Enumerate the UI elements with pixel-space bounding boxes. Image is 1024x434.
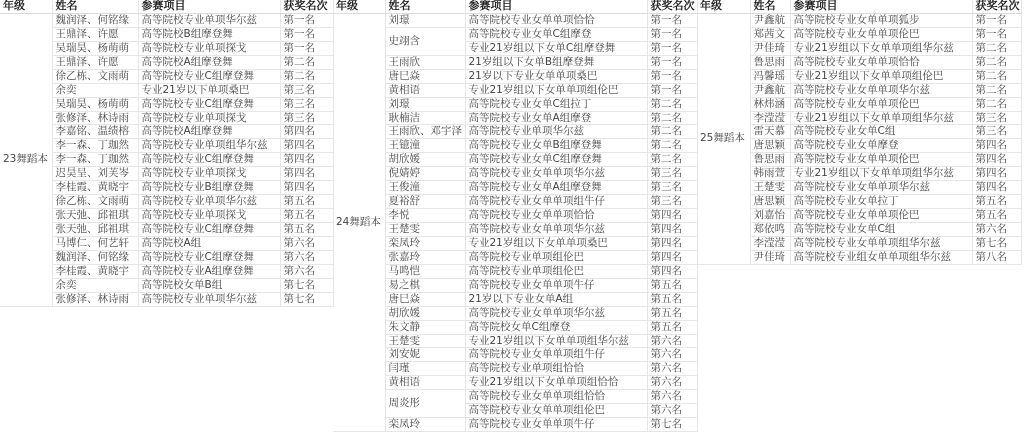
name-cell: 黄相语 (385, 83, 465, 97)
name-cell: 林炜涵 (750, 97, 790, 111)
header-row: 年级 姓名 参赛项目 获奖名次 (0, 0, 333, 13)
table-row: 王楚雯高等院校专业女单单项华尔兹第四名 (333, 223, 697, 237)
rank-cell: 第五名 (972, 209, 1021, 223)
rank-cell: 第一名 (647, 69, 697, 83)
rank-cell: 第七名 (280, 292, 333, 306)
name-cell: 冯馨瑶 (750, 69, 790, 83)
rank-cell: 第二名 (647, 97, 697, 111)
name-cell: 张天弛、邱祖琪 (52, 209, 138, 223)
table-row: 倪婧婷高等院校专业女单单项华尔兹第三名 (333, 167, 697, 181)
rank-cell: 第七名 (647, 418, 697, 432)
rank-cell: 第五名 (972, 195, 1021, 209)
table-row: 周炎彤高等院校专业女单单项组恰恰第六名 (333, 390, 697, 404)
rank-cell: 第四名 (972, 181, 1021, 195)
rank-cell: 第三名 (647, 195, 697, 209)
header-grade: 年级 (697, 0, 750, 13)
header-rank: 获奖名次 (972, 0, 1021, 13)
event-cell: 高等院校专业女单C组摩登舞 (465, 153, 647, 167)
event-cell: 21岁以下专业女单A组 (465, 292, 647, 306)
name-cell: 易之棋 (385, 278, 465, 292)
rank-cell: 第五名 (280, 195, 333, 209)
event-cell: 高等院校专业C组摩登舞 (138, 97, 280, 111)
rank-cell: 第三名 (972, 125, 1021, 139)
name-cell: 尹鑫航 (750, 13, 790, 27)
rank-cell: 第六名 (280, 264, 333, 278)
event-cell: 高等院校专业女单A组摩登舞 (465, 181, 647, 195)
rank-cell: 第六名 (647, 362, 697, 376)
name-cell: 周炎彤 (385, 390, 465, 418)
rank-cell: 第二名 (647, 139, 697, 153)
event-cell: 专业21岁组以下女单单项组伦巴 (465, 83, 647, 97)
name-cell: 李一森、丁珈然 (52, 139, 138, 153)
rank-cell: 第三名 (647, 167, 697, 181)
name-cell: 栾凤玲 (385, 418, 465, 432)
event-cell: 专业21岁组以下女单单项组伦巴 (790, 69, 972, 83)
event-cell: 专业21岁组以下女单C组摩登舞 (465, 41, 647, 55)
header-row: 年级 姓名 参赛项目 获奖名次 (333, 0, 697, 13)
header-rank: 获奖名次 (647, 0, 697, 13)
rank-cell: 第二名 (972, 83, 1021, 97)
name-cell: 刘璟 (385, 13, 465, 27)
rank-cell: 第一名 (647, 55, 697, 69)
name-cell: 王楚雯 (385, 334, 465, 348)
event-cell: 高等院校专业女单单项组牛仔 (465, 348, 647, 362)
table-row: 王楚雯专业21岁组以下女单单项组华尔兹第六名 (333, 334, 697, 348)
grade-cell: 25舞蹈本 (697, 13, 750, 264)
name-cell: 吴瑞昊、杨萌萌 (52, 41, 138, 55)
event-cell: 高等院校专业女单单项伦巴 (790, 97, 972, 111)
event-cell: 专业21岁组以下女单单项桑巴 (465, 236, 647, 250)
event-cell: 高等院校专业女单B组摩登舞 (465, 139, 647, 153)
rank-cell: 第五名 (647, 306, 697, 320)
event-cell: 高等院校专业单项探戈 (138, 167, 280, 181)
rank-cell: 第七名 (280, 278, 333, 292)
event-cell: 高等院校A组摩登舞 (138, 55, 280, 69)
rank-cell: 第二名 (280, 69, 333, 83)
table-row: 王雨欣、邓宇泽高等院校专业单项华尔兹第二名 (333, 125, 697, 139)
event-cell: 高等院校专业女单单项伦巴 (790, 209, 972, 223)
event-cell: 高等院校专业女单单项华尔兹 (790, 181, 972, 195)
rank-cell: 第四名 (280, 167, 333, 181)
event-cell: 高等院校专业女单C组 (790, 125, 972, 139)
rank-cell: 第二名 (647, 153, 697, 167)
grade-cell: 23舞蹈本 (0, 13, 52, 306)
name-cell: 黄相语 (385, 376, 465, 390)
name-cell: 胡欣媛 (385, 306, 465, 320)
name-cell: 李桂霞、黄晓宇 (52, 264, 138, 278)
name-cell: 夏裕舒 (385, 195, 465, 209)
event-cell: 高等院校专业单项探戈 (138, 41, 280, 55)
rank-cell: 第四名 (280, 181, 333, 195)
event-cell: 高等院校专业单项组伦巴 (465, 250, 647, 264)
event-cell: 高等院校专业女单单项华尔兹 (465, 167, 647, 181)
rank-cell: 第二名 (972, 69, 1021, 83)
table-row: 刘安妮高等院校专业女单单项组牛仔第六名 (333, 348, 697, 362)
event-cell: 高等院校专业单项华尔兹 (138, 13, 280, 27)
event-cell: 高等院校专业组女单单项组华尔兹 (790, 250, 972, 264)
name-cell: 王楚雯 (385, 223, 465, 237)
event-cell: 高等院校专业女单C组拉丁 (465, 97, 647, 111)
rank-cell: 第一名 (647, 83, 697, 97)
name-cell: 余奕 (52, 83, 138, 97)
header-grade: 年级 (333, 0, 385, 13)
event-cell: 高等院校专业单项组伦巴 (465, 264, 647, 278)
name-cell: 韩雨萱 (750, 167, 790, 181)
rank-cell: 第六名 (972, 223, 1021, 237)
table-row: 栾凤玲专业21岁组以下女单单项桑巴第四名 (333, 236, 697, 250)
rank-cell: 第六名 (647, 334, 697, 348)
event-cell: 高等院校专业女单摩登 (790, 139, 972, 153)
name-cell: 徐乙栋、文雨萌 (52, 195, 138, 209)
event-cell: 高等院校专业B组摩登舞 (138, 181, 280, 195)
rank-cell: 第一名 (647, 41, 697, 55)
event-cell: 高等院校专业女单单项伦巴 (790, 27, 972, 41)
event-cell: 高等院校专业单项华尔兹 (465, 125, 647, 139)
name-cell: 刘安妮 (385, 348, 465, 362)
name-cell: 郑茜文 (750, 27, 790, 41)
table-row: 李悦高等院校专业女单单项恰恰第四名 (333, 209, 697, 223)
rank-cell: 第一名 (647, 27, 697, 41)
name-cell: 闫瑾 (385, 362, 465, 376)
rank-cell: 第二名 (972, 41, 1021, 55)
rank-cell: 第五名 (280, 223, 333, 237)
event-cell: 高等院校专业单项探戈 (138, 111, 280, 125)
event-cell: 高等院校专业女单单项狐步 (790, 13, 972, 27)
event-cell: 高等院校专业女单单项组恰恰 (465, 390, 647, 404)
rank-cell: 第六名 (647, 390, 697, 404)
name-cell: 雷天慕 (750, 125, 790, 139)
name-cell: 郑依鸣 (750, 223, 790, 237)
grade-cell: 24舞蹈本 (333, 13, 385, 431)
table-row: 24舞蹈本刘璟高等院校专业女单单项恰恰第一名 (333, 13, 697, 27)
name-cell: 王鼎泽、许愿 (52, 27, 138, 41)
awards-table-24: 年级 姓名 参赛项目 获奖名次 24舞蹈本刘璟高等院校专业女单单项恰恰第一名史翊… (333, 0, 698, 432)
name-cell: 栾凤玲 (385, 236, 465, 250)
rank-cell: 第四名 (280, 153, 333, 167)
rank-cell: 第四名 (972, 153, 1021, 167)
event-cell: 高等院校专业单项组恰恰 (465, 362, 647, 376)
event-cell: 高等院校专业单项组华尔兹 (138, 139, 280, 153)
rank-cell: 第六名 (280, 250, 333, 264)
event-cell: 高等院校女单B组 (138, 278, 280, 292)
table-row: 黄相语专业21岁组以下女单单项组伦巴第一名 (333, 83, 697, 97)
name-cell: 李悦 (385, 209, 465, 223)
name-cell: 王镱潼 (385, 139, 465, 153)
table-row: 王镱潼高等院校专业女单B组摩登舞第二名 (333, 139, 697, 153)
table-row: 耿楠洁高等院校专业女单A组摩登第二名 (333, 111, 697, 125)
rank-cell: 第三名 (280, 83, 333, 97)
rank-cell: 第二名 (972, 97, 1021, 111)
name-cell: 耿楠洁 (385, 111, 465, 125)
name-cell: 鲁思雨 (750, 153, 790, 167)
rank-cell: 第四名 (972, 167, 1021, 181)
table-row: 胡欣媛高等院校专业女单单项华尔兹第五名 (333, 306, 697, 320)
event-cell: 高等院校专业C组摩登舞 (138, 223, 280, 237)
name-cell: 余奕 (52, 278, 138, 292)
name-cell: 魏润泽、何铭缘 (52, 13, 138, 27)
header-event: 参赛项目 (465, 0, 647, 13)
event-cell: 高等院校专业女单单项恰恰 (465, 209, 647, 223)
name-cell: 王俊潼 (385, 181, 465, 195)
header-name: 姓名 (52, 0, 138, 13)
awards-table-23: 年级 姓名 参赛项目 获奖名次 23舞蹈本魏润泽、何铭缘高等院校专业单项华尔兹第… (0, 0, 334, 307)
rank-cell: 第八名 (972, 250, 1021, 264)
rank-cell: 第四名 (647, 250, 697, 264)
name-cell: 尹佳琦 (750, 250, 790, 264)
name-cell: 张修泽、林诗雨 (52, 292, 138, 306)
header-grade: 年级 (0, 0, 52, 13)
name-cell: 王楚雯 (750, 181, 790, 195)
rank-cell: 第五名 (647, 292, 697, 306)
table-row: 王雨欣21岁组以下女单B组摩登舞第一名 (333, 55, 697, 69)
header-row: 年级 姓名 参赛项目 获奖名次 (697, 0, 1021, 13)
table-row: 23舞蹈本魏润泽、何铭缘高等院校专业单项华尔兹第一名 (0, 13, 333, 27)
event-cell: 高等院校专业单项华尔兹 (138, 195, 280, 209)
name-cell: 吴瑞昊、杨萌萌 (52, 97, 138, 111)
name-cell: 刘嘉怡 (750, 209, 790, 223)
rank-cell: 第一名 (280, 13, 333, 27)
rank-cell: 第二名 (647, 111, 697, 125)
event-cell: 高等院校专业女单单项恰恰 (790, 55, 972, 69)
name-cell: 迟昊呈、刘芙岑 (52, 167, 138, 181)
rank-cell: 第六名 (647, 376, 697, 390)
event-cell: 高等院校专业女单单项华尔兹 (465, 223, 647, 237)
table-row: 张嘉玲高等院校专业单项组伦巴第四名 (333, 250, 697, 264)
table-row: 唐巳焱21岁以下专业女单单项桑巴第一名 (333, 69, 697, 83)
table-row: 唐巳焱21岁以下专业女单A组第五名 (333, 292, 697, 306)
rank-cell: 第四名 (647, 236, 697, 250)
table-row: 黄相语专业21岁组以下女单单项组恰恰第六名 (333, 376, 697, 390)
event-cell: 高等院校A组 (138, 236, 280, 250)
name-cell: 尹佳琦 (750, 41, 790, 55)
rank-cell: 第一名 (647, 13, 697, 27)
event-cell: 高等院校专业女单单项华尔兹 (790, 83, 972, 97)
event-cell: 专业21岁组以下女单单项组华尔兹 (790, 41, 972, 55)
rank-cell: 第一名 (280, 27, 333, 41)
rank-cell: 第六名 (647, 404, 697, 418)
event-cell: 高等院校专业女单单项伦巴 (790, 153, 972, 167)
event-cell: 专业21岁组以下女单单项组华尔兹 (790, 167, 972, 181)
event-cell: 高等院校专业女单拉丁 (790, 195, 972, 209)
name-cell: 朱文静 (385, 320, 465, 334)
event-cell: 高等院校专业女单单项恰恰 (465, 13, 647, 27)
name-cell: 徐乙栋、文雨萌 (52, 69, 138, 83)
event-cell: 高等院校专业女单C组摩登 (465, 27, 647, 41)
event-cell: 高等院校B组摩登舞 (138, 27, 280, 41)
table-row: 史翊含高等院校专业女单C组摩登第一名 (333, 27, 697, 41)
rank-cell: 第五名 (280, 209, 333, 223)
name-cell: 刘璟 (385, 97, 465, 111)
event-cell: 高等院校专业单项探戈 (138, 209, 280, 223)
rank-cell: 第一名 (972, 13, 1021, 27)
name-cell: 李嘉铭、温绩榕 (52, 125, 138, 139)
event-cell: 专业21岁以下单项桑巴 (138, 83, 280, 97)
name-cell: 张天弛、邱祖琪 (52, 223, 138, 237)
event-cell: 21岁组以下女单B组摩登舞 (465, 55, 647, 69)
event-cell: 高等院校专业女单C组 (790, 223, 972, 237)
table-row: 栾凤玲高等院校专业女单单项牛仔第七名 (333, 418, 697, 432)
event-cell: 高等院校专业单项华尔兹 (138, 292, 280, 306)
header-event: 参赛项目 (790, 0, 972, 13)
rank-cell: 第四名 (280, 125, 333, 139)
table-row: 朱文静高等院校女单C组摩登第五名 (333, 320, 697, 334)
table-row: 闫瑾高等院校专业单项组恰恰第六名 (333, 362, 697, 376)
name-cell: 倪婧婷 (385, 167, 465, 181)
header-name: 姓名 (750, 0, 790, 13)
rank-cell: 第二名 (280, 55, 333, 69)
name-cell: 尹鑫航 (750, 83, 790, 97)
rank-cell: 第六名 (280, 236, 333, 250)
event-cell: 高等院校专业女单单项组华尔兹 (790, 236, 972, 250)
event-cell: 高等院校专业C组摩登舞 (138, 69, 280, 83)
rank-cell: 第四名 (280, 139, 333, 153)
name-cell: 张嘉玲 (385, 250, 465, 264)
rank-cell: 第五名 (647, 278, 697, 292)
rank-cell: 第一名 (280, 41, 333, 55)
name-cell: 王鼎泽、许愿 (52, 55, 138, 69)
name-cell: 胡欣媛 (385, 153, 465, 167)
rank-cell: 第二名 (647, 125, 697, 139)
event-cell: 高等院校专业女单单项牛仔 (465, 418, 647, 432)
event-cell: 高等院校专业女单单项华尔兹 (465, 306, 647, 320)
name-cell: 张修泽、林诗雨 (52, 111, 138, 125)
table-row: 胡欣媛高等院校专业女单C组摩登舞第二名 (333, 153, 697, 167)
table-row: 夏裕舒高等院校专业女单单项组牛仔第三名 (333, 195, 697, 209)
table-row: 易之棋高等院校专业女单单项牛仔第五名 (333, 278, 697, 292)
header-name: 姓名 (385, 0, 465, 13)
table-row: 马鸣恺高等院校专业单项组伦巴第四名 (333, 264, 697, 278)
rank-cell: 第六名 (647, 348, 697, 362)
event-cell: 高等院校专业女单A组摩登 (465, 111, 647, 125)
rank-cell: 第四名 (647, 264, 697, 278)
name-cell: 李桂霞、黄晓宇 (52, 181, 138, 195)
event-cell: 专业21岁组以下女单单项组华尔兹 (465, 334, 647, 348)
rank-cell: 第五名 (647, 320, 697, 334)
rank-cell: 第三名 (280, 111, 333, 125)
event-cell: 高等院校专业C组摩登舞 (138, 153, 280, 167)
header-event: 参赛项目 (138, 0, 280, 13)
name-cell: 马鸣恺 (385, 264, 465, 278)
rank-cell: 第三名 (647, 181, 697, 195)
rank-cell: 第三名 (972, 111, 1021, 125)
rank-cell: 第七名 (972, 236, 1021, 250)
event-cell: 21岁以下专业女单单项桑巴 (465, 69, 647, 83)
rank-cell: 第四名 (972, 139, 1021, 153)
name-cell: 唐思颖 (750, 195, 790, 209)
event-cell: 专业21岁组以下女单单项组恰恰 (465, 376, 647, 390)
rank-cell: 第二名 (972, 55, 1021, 69)
table-row: 25舞蹈本尹鑫航高等院校专业女单单项狐步第一名 (697, 13, 1021, 27)
name-cell: 马博仁、何艺轩 (52, 236, 138, 250)
name-cell: 唐巳焱 (385, 292, 465, 306)
awards-table-25: 年级 姓名 参赛项目 获奖名次 25舞蹈本尹鑫航高等院校专业女单单项狐步第一名郑… (697, 0, 1022, 265)
table-row: 王俊潼高等院校专业女单A组摩登舞第三名 (333, 181, 697, 195)
rank-cell: 第三名 (280, 97, 333, 111)
event-cell: 高等院校女单C组摩登 (465, 320, 647, 334)
name-cell: 唐巳焱 (385, 69, 465, 83)
event-cell: 高等院校专业C组摩登舞 (138, 250, 280, 264)
event-cell: 高等院校专业女单单项牛仔 (465, 278, 647, 292)
rank-cell: 第四名 (647, 223, 697, 237)
rank-cell: 第四名 (647, 209, 697, 223)
name-cell: 鲁思雨 (750, 55, 790, 69)
name-cell: 王雨欣、邓宇泽 (385, 125, 465, 139)
table-row: 刘璟高等院校专业女单C组拉丁第二名 (333, 97, 697, 111)
event-cell: 高等院校专业A组摩登舞 (138, 264, 280, 278)
name-cell: 唐思颖 (750, 139, 790, 153)
name-cell: 魏润泽、何铭缘 (52, 250, 138, 264)
rank-cell: 第一名 (972, 27, 1021, 41)
event-cell: 专业21岁组以下女单单项组华尔兹 (790, 111, 972, 125)
name-cell: 李一森、丁珈然 (52, 153, 138, 167)
name-cell: 李滢滢 (750, 111, 790, 125)
name-cell: 李滢滢 (750, 236, 790, 250)
name-cell: 史翊含 (385, 27, 465, 55)
name-cell: 王雨欣 (385, 55, 465, 69)
event-cell: 高等院校A组摩登舞 (138, 125, 280, 139)
event-cell: 高等院校专业女单单项组伦巴 (465, 404, 647, 418)
header-rank: 获奖名次 (280, 0, 333, 13)
event-cell: 高等院校专业女单单项组牛仔 (465, 195, 647, 209)
